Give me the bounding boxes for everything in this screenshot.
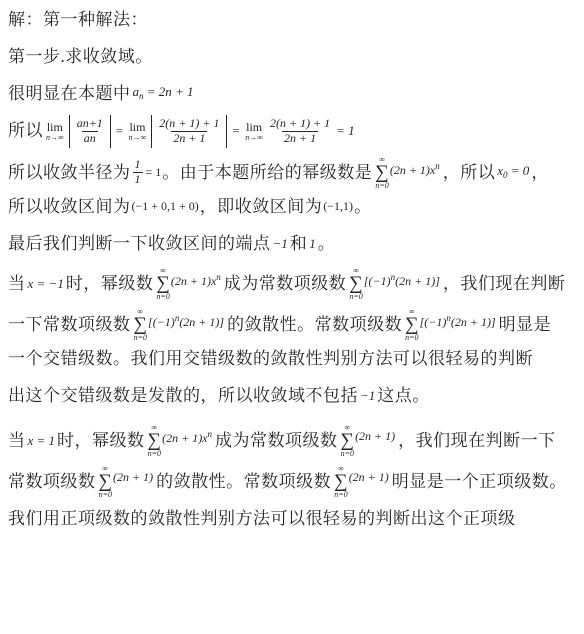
fraction-denominator: 2n + 1 bbox=[282, 131, 318, 146]
doc-line: 解：第一种解法： bbox=[8, 8, 578, 32]
text-run: 明显是一个正项级数。 bbox=[392, 470, 567, 494]
math-summation: ∞∑n=0(2n + 1)xn bbox=[148, 424, 212, 458]
fraction-denominator: 2n + 1 bbox=[171, 131, 207, 146]
sigma-column: ∞∑n=0 bbox=[375, 156, 389, 190]
text-run: 成为常数项级数 bbox=[224, 272, 347, 296]
sum-expression: (2n + 1)xn bbox=[171, 272, 221, 289]
text-run: 一下常数项级数 bbox=[8, 313, 131, 337]
doc-line: 很明显在本题中an = 2n + 1 bbox=[8, 82, 578, 106]
sigma-column: ∞∑n=0 bbox=[341, 424, 355, 458]
text-run: ，我们现在判断一下 bbox=[398, 429, 556, 453]
text-run: 。 bbox=[354, 195, 372, 219]
math-subscript: n+1 bbox=[83, 116, 103, 130]
doc-line: 一下常数项级数∞∑n=0[(−1)n(2n + 1)]的敛散性。常数项级数∞∑n… bbox=[8, 308, 578, 342]
text-run: 最后我们判断一下收敛区间的端点 bbox=[8, 232, 271, 256]
sum-expression: [(−1)n(2n + 1)] bbox=[364, 272, 440, 289]
sum-lower-limit: n=0 bbox=[405, 334, 418, 342]
math-superscript-interval: = 1 bbox=[146, 165, 162, 180]
math-fraction: an+1an bbox=[75, 117, 105, 146]
sum-expression: (2n + 1) bbox=[113, 470, 153, 485]
doc-line: 常数项级数∞∑n=0(2n + 1)的敛散性。常数项级数∞∑n=0(2n + 1… bbox=[8, 465, 578, 499]
sigma-column: ∞∑n=0 bbox=[349, 267, 363, 301]
lim-word: lim bbox=[47, 121, 63, 133]
sum-expression: (2n + 1) bbox=[349, 470, 389, 485]
math-subscript: n bbox=[90, 131, 96, 145]
sum-expression: [(−1)n(2n + 1)] bbox=[420, 313, 496, 330]
text-run: 和 bbox=[290, 232, 308, 256]
fraction-denominator: an bbox=[82, 131, 98, 146]
math-inline: = bbox=[115, 121, 124, 141]
lim-under: n→∞ bbox=[129, 134, 147, 142]
math-fraction: 11 bbox=[133, 158, 143, 187]
doc-line: 所以收敛区间为(−1 + 0,1 + 0)，即收敛区间为(−1,1)。 bbox=[8, 195, 578, 219]
math-summation: ∞∑n=0(2n + 1) bbox=[334, 465, 389, 499]
sigma-column: ∞∑n=0 bbox=[99, 465, 113, 499]
math-subscript: 0 bbox=[503, 170, 508, 180]
sigma-symbol: ∑ bbox=[341, 432, 355, 450]
math-absolute-value: 2(n + 1) + 12n + 1 bbox=[151, 115, 227, 148]
doc-line: 当x = 1时，幂级数∞∑n=0(2n + 1)xn成为常数项级数∞∑n=0(2… bbox=[8, 424, 578, 458]
sigma-column: ∞∑n=0 bbox=[134, 308, 148, 342]
sigma-symbol: ∑ bbox=[99, 473, 113, 491]
math-fraction: 2(n + 1) + 12n + 1 bbox=[157, 117, 221, 146]
fraction-numerator: 2(n + 1) + 1 bbox=[157, 117, 221, 131]
lim-under: n→∞ bbox=[245, 134, 263, 142]
lim-word: lim bbox=[129, 121, 145, 133]
text-run: ，所以 bbox=[443, 161, 496, 185]
sigma-column: ∞∑n=0 bbox=[334, 465, 348, 499]
fraction-numerator: 1 bbox=[133, 158, 143, 172]
sigma-symbol: ∑ bbox=[148, 432, 162, 450]
math-inline: = 1 bbox=[336, 121, 355, 141]
sum-expression: (2n + 1)xn bbox=[390, 161, 440, 178]
text-run: 所以收敛半径为 bbox=[8, 161, 131, 185]
math-inline: −1 bbox=[360, 386, 375, 406]
math-limit: limn→∞ bbox=[46, 121, 64, 142]
text-run: 的敛散性。常数项级数 bbox=[227, 313, 402, 337]
sum-expression: [(−1)n(2n + 1)] bbox=[148, 313, 224, 330]
text-run: ，我们现在判断 bbox=[443, 272, 566, 296]
math-superscript: n bbox=[216, 272, 221, 282]
math-superscript: n bbox=[208, 429, 213, 439]
text-run: 出这个交错级数是发散的，所以收敛域不包括 bbox=[8, 384, 358, 408]
text-run: 的敛散性。常数项级数 bbox=[156, 470, 331, 494]
math-superscript-interval: (−1 + 0,1 + 0) bbox=[132, 199, 199, 214]
math-fraction: 2(n + 1) + 12n + 1 bbox=[268, 117, 332, 146]
math-inline: an = 2n + 1 bbox=[133, 82, 194, 106]
math-inline: x = 1 bbox=[28, 431, 56, 451]
sigma-symbol: ∑ bbox=[405, 316, 419, 334]
math-inline: −1 bbox=[273, 234, 288, 254]
text-run: 所以 bbox=[8, 119, 43, 143]
math-superscript: n bbox=[446, 313, 451, 323]
sum-expression: (2n + 1)xn bbox=[162, 429, 212, 446]
sigma-symbol: ∑ bbox=[375, 164, 389, 182]
sigma-column: ∞∑n=0 bbox=[405, 308, 419, 342]
text-run: 。 bbox=[318, 232, 336, 256]
text-run: 一个交错级数。我们用交错级数的敛散性判别方法可以很轻易的判断 bbox=[8, 347, 533, 371]
sigma-symbol: ∑ bbox=[156, 275, 170, 293]
text-run: ，即收敛区间为 bbox=[200, 195, 323, 219]
doc-line: 所以收敛半径为11= 1。由于本题所给的幂级数是∞∑n=0(2n + 1)xn，… bbox=[8, 156, 578, 190]
math-absolute-value: an+1an bbox=[69, 115, 111, 148]
math-summation: ∞∑n=0(2n + 1)xn bbox=[156, 267, 220, 301]
text-run: 时，幂级数 bbox=[66, 272, 154, 296]
math-subscript: n bbox=[139, 91, 144, 101]
math-superscript: n bbox=[175, 313, 180, 323]
text-run: 当 bbox=[8, 272, 26, 296]
math-inline: 1 bbox=[309, 234, 316, 254]
sigma-symbol: ∑ bbox=[334, 473, 348, 491]
sum-expression: (2n + 1) bbox=[355, 429, 395, 444]
doc-line: 一个交错级数。我们用交错级数的敛散性判别方法可以很轻易的判断 bbox=[8, 347, 578, 371]
doc-line: 第一步.求收敛域。 bbox=[8, 45, 578, 69]
sum-lower-limit: n=0 bbox=[156, 293, 169, 301]
sum-lower-limit: n=0 bbox=[341, 450, 354, 458]
text-run: 当 bbox=[8, 429, 26, 453]
math-summation: ∞∑n=0[(−1)n(2n + 1)] bbox=[134, 308, 225, 342]
text-run: 我们用正项级数的敛散性判别方法可以很轻易的判断出这个正项级 bbox=[8, 507, 516, 531]
lim-word: lim bbox=[246, 121, 262, 133]
math-superscript: n bbox=[391, 272, 396, 282]
fraction-numerator: an+1 bbox=[75, 117, 105, 131]
fraction-denominator: 1 bbox=[133, 172, 143, 187]
text-run: 。由于本题所给的幂级数是 bbox=[162, 161, 372, 185]
sum-lower-limit: n=0 bbox=[334, 491, 347, 499]
lim-under: n→∞ bbox=[46, 134, 64, 142]
sum-lower-limit: n=0 bbox=[375, 182, 388, 190]
sum-lower-limit: n=0 bbox=[99, 491, 112, 499]
text-run: 常数项级数 bbox=[8, 470, 96, 494]
math-inline: x = −1 bbox=[28, 274, 64, 294]
text-run: 成为常数项级数 bbox=[215, 429, 338, 453]
text-run: 时，幂级数 bbox=[57, 429, 145, 453]
sum-lower-limit: n=0 bbox=[349, 293, 362, 301]
fraction-numerator: 2(n + 1) + 1 bbox=[268, 117, 332, 131]
math-inline: = bbox=[231, 121, 240, 141]
math-summation: ∞∑n=0[(−1)n(2n + 1)] bbox=[349, 267, 440, 301]
text-run: 这点。 bbox=[377, 384, 430, 408]
math-superscript: n bbox=[435, 161, 440, 171]
math-limit: limn→∞ bbox=[245, 121, 263, 142]
doc-line: 所以limn→∞an+1an=limn→∞2(n + 1) + 12n + 1=… bbox=[8, 115, 578, 148]
doc-line: 出这个交错级数是发散的，所以收敛域不包括−1这点。 bbox=[8, 384, 578, 408]
text-run: 解：第一种解法： bbox=[8, 8, 148, 32]
text-run: 所以收敛区间为 bbox=[8, 195, 131, 219]
doc-line: 最后我们判断一下收敛区间的端点−1和1。 bbox=[8, 232, 578, 256]
sigma-symbol: ∑ bbox=[134, 316, 148, 334]
doc-line: 我们用正项级数的敛散性判别方法可以很轻易的判断出这个正项级 bbox=[8, 507, 578, 531]
text-run: 明显是 bbox=[499, 313, 552, 337]
page: 解：第一种解法：第一步.求收敛域。很明显在本题中an = 2n + 1所以lim… bbox=[0, 0, 584, 531]
math-limit: limn→∞ bbox=[129, 121, 147, 142]
sum-lower-limit: n=0 bbox=[148, 450, 161, 458]
text-run: ， bbox=[531, 161, 549, 185]
math-summation: ∞∑n=0[(−1)n(2n + 1)] bbox=[405, 308, 496, 342]
math-summation: ∞∑n=0(2n + 1) bbox=[341, 424, 396, 458]
math-summation: ∞∑n=0(2n + 1)xn bbox=[375, 156, 439, 190]
math-inline: x0 = 0 bbox=[497, 161, 529, 185]
text-run: 很明显在本题中 bbox=[8, 82, 131, 106]
text-run: 第一步.求收敛域。 bbox=[8, 45, 153, 69]
sigma-column: ∞∑n=0 bbox=[148, 424, 162, 458]
sigma-column: ∞∑n=0 bbox=[156, 267, 170, 301]
math-summation: ∞∑n=0(2n + 1) bbox=[99, 465, 154, 499]
math-superscript-interval: (−1,1) bbox=[323, 199, 353, 214]
sum-lower-limit: n=0 bbox=[134, 334, 147, 342]
doc-line: 当x = −1时，幂级数∞∑n=0(2n + 1)xn成为常数项级数∞∑n=0[… bbox=[8, 267, 578, 301]
sigma-symbol: ∑ bbox=[349, 275, 363, 293]
